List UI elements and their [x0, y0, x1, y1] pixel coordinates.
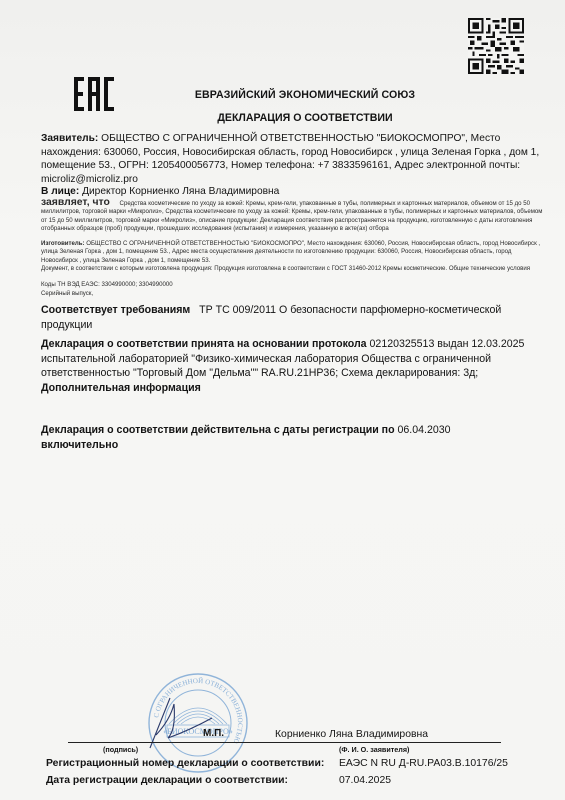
- validity-date: 06.04.2030: [398, 424, 451, 436]
- person-text: Директор Корниенко Ляна Владимировна: [82, 186, 279, 197]
- document-page: ЕВРАЗИЙСКИЙ ЭКОНОМИЧЕСКИЙ СОЮЗ ДЕКЛАРАЦИ…: [0, 0, 565, 800]
- conforms-label: Соответствует требованиям: [41, 304, 190, 316]
- validity-suffix: включительно: [41, 439, 118, 451]
- validity-section: Декларация о соответствии действительна …: [41, 423, 541, 452]
- registration-number-label: Регистрационный номер декларации о соотв…: [46, 758, 324, 769]
- person-section: В лице: Директор Корниенко Ляна Владимир…: [41, 185, 541, 199]
- tnved-codes: Коды ТН ВЭД ЕАЭС: 3304990000; 3304990000: [41, 281, 546, 289]
- document-title: ДЕКЛАРАЦИЯ О СООТВЕТСТВИИ: [0, 112, 565, 124]
- qr-code-icon: [468, 17, 524, 75]
- manufacturer-text: ОБЩЕСТВО С ОГРАНИЧЕННОЙ ОТВЕТСТВЕННОСТЬЮ…: [41, 240, 540, 264]
- manufacturer-section: Изготовитель: ОБЩЕСТВО С ОГРАНИЧЕННОЙ ОТ…: [41, 240, 546, 274]
- applicant-text: ОБЩЕСТВО С ОГРАНИЧЕННОЙ ОТВЕТСТВЕННОСТЬЮ…: [41, 133, 539, 185]
- person-label: В лице:: [41, 186, 79, 197]
- manufacturer-label: Изготовитель:: [41, 240, 85, 247]
- seal-place-label: М.П.: [203, 728, 224, 739]
- signature-line: [68, 742, 501, 743]
- applicant-section: Заявитель: ОБЩЕСТВО С ОГРАНИЧЕННОЙ ОТВЕТ…: [41, 132, 541, 186]
- fio-caption: (Ф. И. О. заявителя): [339, 745, 409, 754]
- applicant-label: Заявитель:: [41, 133, 98, 144]
- serial-release: Серийный выпуск,: [41, 290, 546, 298]
- signatory-name: Корниенко Ляна Владимировна: [275, 729, 428, 740]
- protocol-label: Декларация о соответствии принята на осн…: [41, 338, 367, 350]
- registration-date-label: Дата регистрации декларации о соответств…: [46, 775, 288, 786]
- manufacturer-document: Документ, в соответствии с которым изгот…: [41, 265, 546, 273]
- declares-label: заявляет, что: [41, 197, 110, 208]
- declares-text: Средства косметические по уходу за кожей…: [41, 200, 543, 232]
- validity-label: Декларация о соответствии действительна …: [41, 424, 395, 436]
- conforms-section: Соответствует требованиям ТР ТС 009/2011…: [41, 303, 541, 332]
- additional-info-heading: Дополнительная информация: [41, 382, 541, 396]
- registration-date: 07.04.2025: [339, 775, 391, 786]
- protocol-section: Декларация о соответствии принята на осн…: [41, 337, 541, 381]
- registration-number: ЕАЭС N RU Д-RU.РА03.В.10176/25: [339, 758, 508, 769]
- declares-section: заявляет, что Средства косметические по …: [41, 199, 546, 234]
- signature-caption: (подпись): [103, 745, 138, 754]
- union-title: ЕВРАЗИЙСКИЙ ЭКОНОМИЧЕСКИЙ СОЮЗ: [0, 89, 565, 101]
- signature-icon: [130, 690, 220, 750]
